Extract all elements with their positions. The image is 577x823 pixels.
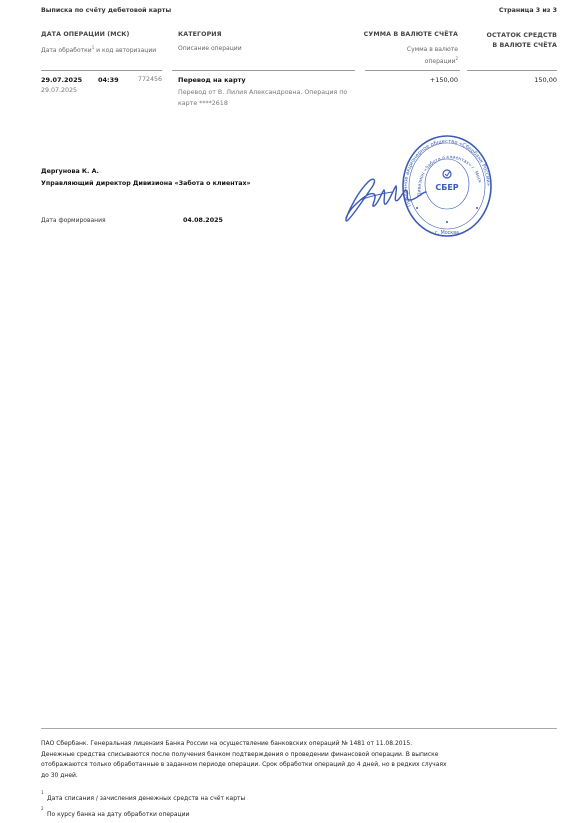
operation-time: 04:39 [98, 76, 119, 84]
signatory-position: Управляющий директор Дивизиона «Забота о… [41, 180, 251, 187]
column-divider [467, 70, 557, 71]
svg-text:г. Москва: г. Москва [435, 230, 459, 236]
generation-date-value: 04.08.2025 [183, 217, 223, 224]
column-header-category: КАТЕГОРИЯ [178, 31, 222, 38]
page-indicator: Страница 3 из 3 [499, 7, 557, 14]
footer-divider [41, 728, 557, 729]
footnote-text: Дата списания / зачисления денежных сред… [47, 795, 245, 802]
column-divider [172, 70, 355, 71]
header-line: В ВАЛЮТЕ СЧЁТА [487, 41, 558, 51]
subheader-text: Дата обработки [41, 47, 92, 54]
subheader-line: операции2 [407, 54, 458, 66]
footnote-1: 1 Дата списания / зачисления денежных ср… [41, 790, 245, 802]
subheader-line: Сумма в валюте [407, 45, 458, 54]
generation-date-label: Дата формирования [41, 217, 106, 224]
svg-text:СБЕР: СБЕР [435, 183, 458, 192]
column-header-date: ДАТА ОПЕРАЦИИ (МСК) [41, 31, 130, 38]
subheader-text: и код авторизации [94, 47, 156, 54]
column-subheader-amount: Сумма в валюте операции2 [407, 45, 458, 66]
operation-description: Перевод от В. Лилия Александровна. Опера… [178, 87, 347, 109]
column-divider [41, 70, 162, 71]
column-header-balance: ОСТАТОК СРЕДСТВ В ВАЛЮТЕ СЧЁТА [487, 31, 558, 51]
description-line: карте ****2618 [178, 98, 347, 109]
column-header-amount: СУММА В ВАЛЮТЕ СЧЁТА [364, 31, 458, 38]
subheader-text: операции [425, 58, 456, 65]
operation-date: 29.07.2025 [41, 76, 82, 84]
footer-notice: ПАО Сбербанк. Генеральная лицензия Банка… [41, 739, 447, 781]
operation-amount: +150,00 [430, 76, 458, 84]
operation-category: Перевод на карту [178, 76, 246, 84]
header-line: ОСТАТОК СРЕДСТВ [487, 31, 558, 41]
column-subheader-date: Дата обработки1 и код авторизации [41, 45, 156, 54]
footer-line: ПАО Сбербанк. Генеральная лицензия Банка… [41, 739, 447, 750]
footnote-2: 2 По курсу банка на дату обработки опера… [41, 806, 189, 818]
description-line: Перевод от В. Лилия Александровна. Опера… [178, 87, 347, 98]
column-subheader-category: Описание операции [178, 45, 242, 52]
footer-line: Денежные средства списываются после полу… [41, 750, 447, 761]
footer-line: отображаются только обработанные в задан… [41, 760, 447, 771]
processing-date: 29.07.2025 [41, 87, 77, 94]
footnote-ref: 2 [455, 56, 458, 61]
column-divider [365, 70, 460, 71]
auth-code: 772456 [138, 76, 162, 83]
signatory-name: Дергунова К. А. [41, 168, 99, 175]
account-balance: 150,00 [534, 76, 557, 84]
company-stamp-icon: Публичное акционерное общество «Сбербанк… [399, 128, 493, 240]
footer-line: до 30 дней. [41, 771, 447, 782]
footnote-text: По курсу банка на дату обработки операци… [47, 811, 189, 818]
statement-title: Выписка по счёту дебетовой карты [41, 7, 171, 14]
